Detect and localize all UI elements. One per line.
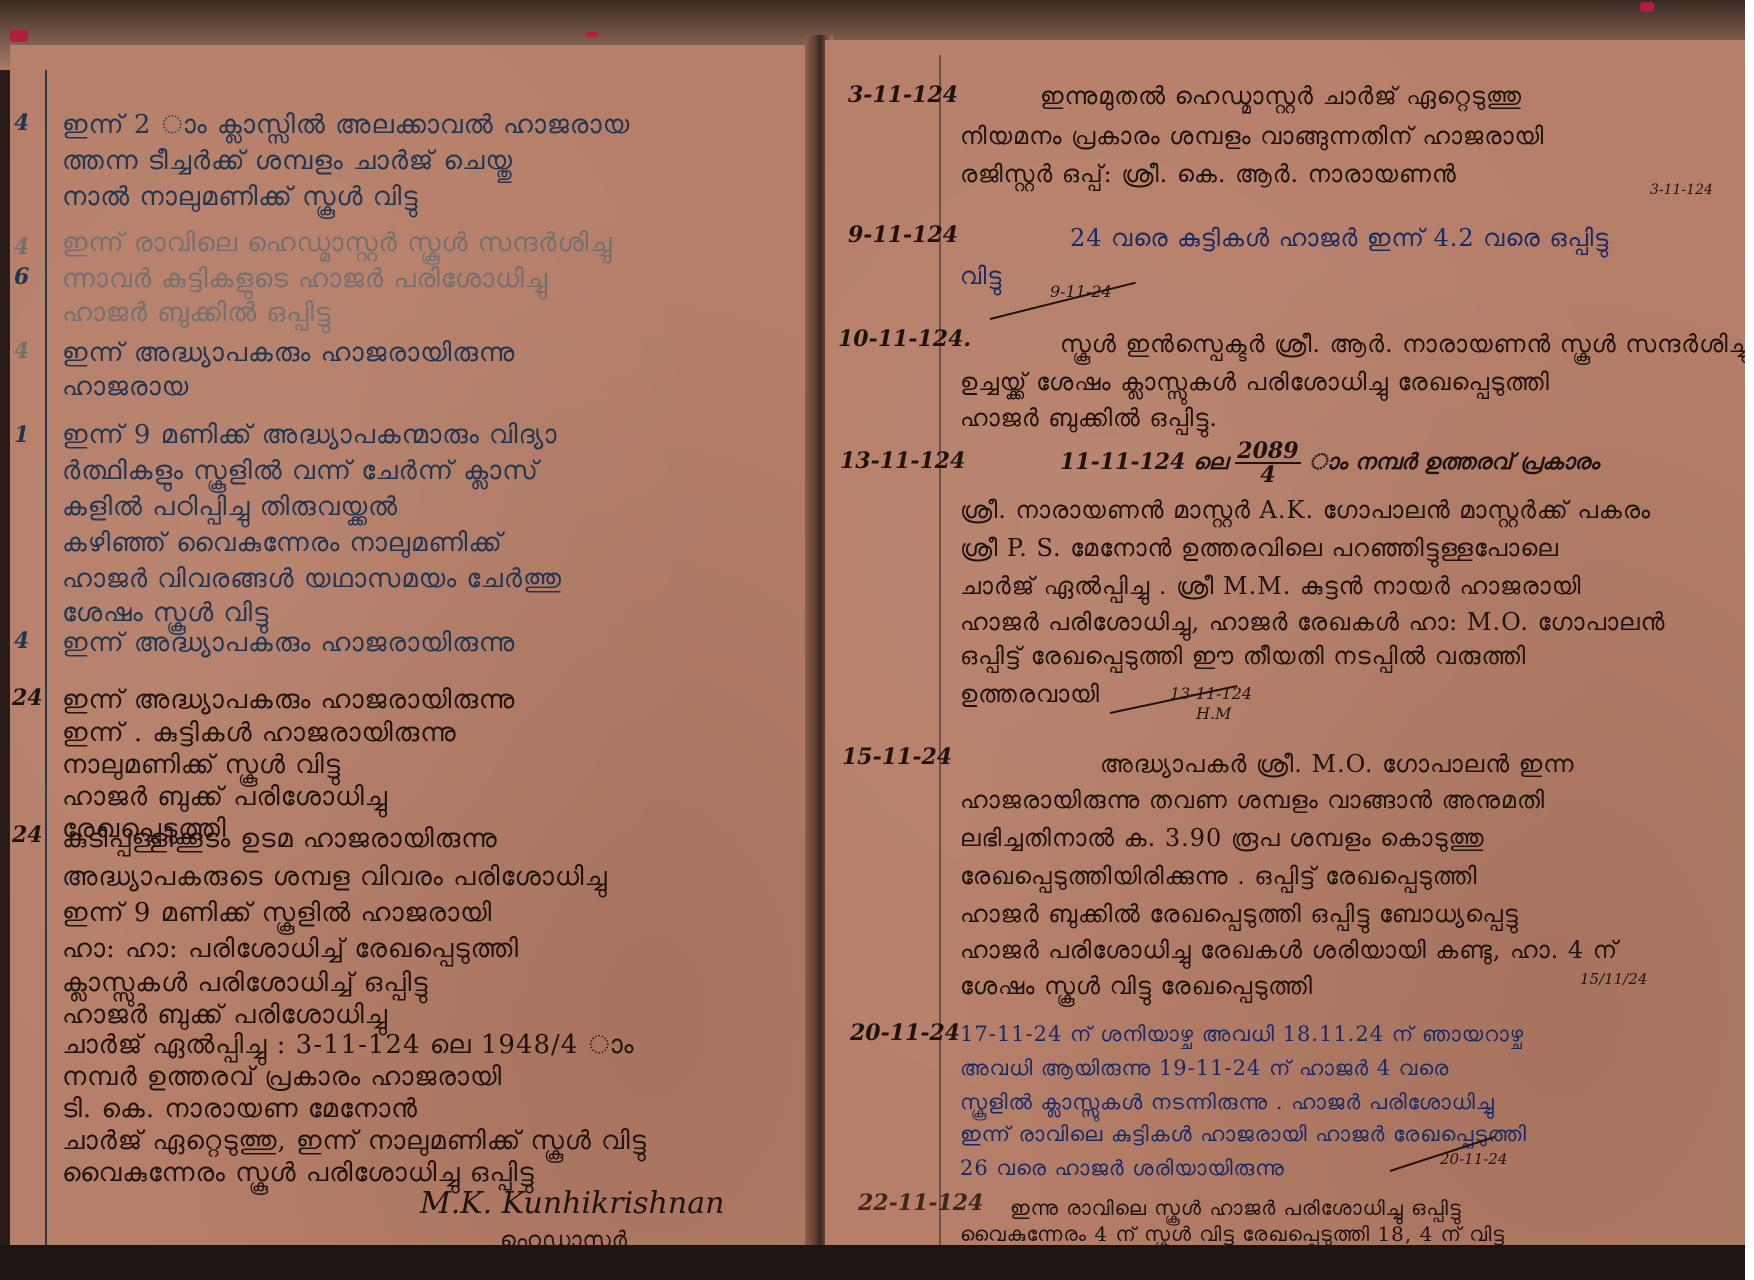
margin-number: 4 — [14, 338, 29, 364]
margin-number: 4 — [14, 110, 29, 136]
entry-text-line: ശ്രീ. നാരായണൻ മാസ്റ്റർ A.K. ഗോപാലൻ മാസ്റ… — [960, 496, 1651, 524]
entry-initials: 15/11/24 — [1580, 970, 1647, 988]
entry-text-line: ഇന്നു രാവിലെ സ്കൂൾ ഹാജർ പരിശോധിച്ചു ഒപ്പ… — [1010, 1196, 1462, 1220]
red-stain — [10, 30, 28, 42]
entry-text-line: 17-11-24 ന് ശനിയാഴ്ച അവധി 18.11.24 ന് ഞാ… — [960, 1022, 1524, 1047]
left-text-line: നമ്പർ ഉത്തരവ് പ്രകാരം ഹാജരായി — [62, 1062, 502, 1093]
order-numerator: 2089 — [1235, 440, 1300, 464]
entry-text-line: ലഭിച്ചതിനാൽ ക. 3.90 രൂപ ശമ്പളം കൊടുത്തു — [960, 824, 1485, 852]
left-margin-line — [45, 70, 47, 1250]
entry-text-line: വൈകുന്നേരം 4 ന് സ്കൂൾ വിട്ടു രേഖപ്പെടുത്… — [960, 1222, 1505, 1246]
margin-number: 4 — [14, 234, 29, 260]
book-scan: 4 4 6 4 1 4 24 24 ഇന്ന് 2 ാം ക്ലാസ്സിൽ അ… — [0, 0, 1745, 1280]
entry-text-line: രേഖപ്പെടുത്തിയിരിക്കുന്നു . ഒപ്പിട്ട് രേ… — [960, 862, 1477, 890]
entry-text-line: അവധി ആയിരുന്നു 19-11-24 ന് ഹാജർ 4 വരെ — [960, 1056, 1449, 1081]
left-text-line: ന്നാവർ കുട്ടികളുടെ ഹാജർ പരിശോധിച്ചു — [62, 264, 548, 295]
entry-text-line: ഹാജർ പരിശോധിച്ചു രേഖകൾ ശരിയായി കണ്ടു, ഹാ… — [960, 936, 1618, 964]
left-text-line: ർത്ഥികളും സ്കൂളിൽ വന്ന് ചേർന്ന് ക്ലാസ് — [62, 456, 539, 487]
entry-text-line: ഇന്ന് രാവിലെ കുട്ടികൾ ഹാജരായി ഹാജർ രേഖപ്… — [960, 1122, 1527, 1147]
left-text-line: ഇന്ന് 2 ാം ക്ലാസ്സിൽ അലക്കാവൽ ഹാജരായ — [62, 110, 630, 141]
margin-number: 6 — [14, 264, 29, 290]
signature: M.K. Kunhikrishnan — [420, 1186, 724, 1221]
entry-initials: 13-11-124 — [1170, 684, 1252, 703]
left-text-line: ഹാ: ഹാ: പരിശോധിച്ച് രേഖപ്പെടുത്തി — [62, 934, 519, 965]
red-stain — [1640, 2, 1654, 12]
entry-text-line: ഉച്ചയ്ക്ക് ശേഷം ക്ലാസ്സുകൾ പരിശോധിച്ചു ര… — [960, 368, 1550, 396]
left-text-line: ശേഷം സ്കൂൾ വിട്ടു — [62, 598, 269, 629]
left-text-line: ഹാജർ വിവരങ്ങൾ യഥാസമയം ചേർത്തു — [62, 564, 562, 595]
entry-date: 22-11-124 — [858, 1190, 983, 1216]
entry-text-line: ഹാജർ ബുക്കിൽ രേഖപ്പെടുത്തി ഒപ്പിട്ടു ബോധ… — [960, 900, 1519, 928]
order-reference: 11-11-124 ലെ 2089 4 ാം നമ്പർ ഉത്തരവ് പ്ര… — [1060, 440, 1599, 486]
entry-date: 3-11-124 — [848, 82, 958, 108]
left-text-line: ചാർജ് ഏൽപ്പിച്ചു : 3-11-124 ലെ 1948/4 ാം — [62, 1030, 635, 1061]
entry-text-line: ഹാജർ ബുക്കിൽ ഒപ്പിട്ടു. — [960, 404, 1218, 432]
entry-text-line: ഹാജർ പരിശോധിച്ചു, ഹാജർ രേഖകൾ ഹാ: M.O. ഗോ… — [960, 608, 1665, 636]
entry-date: 9-11-124 — [848, 222, 958, 248]
entry-date: 13-11-124 — [840, 448, 965, 474]
entry-text-line: രജിസ്റ്റർ ഒപ്പ്: ശ്രീ. കെ. ആർ. നാരായണൻ — [960, 160, 1457, 188]
left-text-line: വൈകുന്നേരം സ്കൂൾ പരിശോധിച്ചു ഒപ്പിട്ടു — [62, 1158, 535, 1189]
left-text-line: ഇന്ന് 9 മണിക്ക് അദ്ധ്യാപകന്മാരും വിദ്യാ — [62, 420, 557, 451]
left-text-line: ഇന്ന് . കുട്ടികൾ ഹാജരായിരുന്നു — [62, 718, 457, 749]
red-stain — [586, 32, 598, 37]
entry-text-line: അദ്ധ്യാപകർ ശ്രീ. M.O. ഗോപാലൻ ഇന്ന — [1100, 750, 1575, 778]
left-text-line: ഇന്ന് അദ്ധ്യാപകരും ഹാജരായിരുന്നു — [62, 685, 515, 716]
left-text-line: നാൽ നാലുമണിക്ക് സ്കൂൾ വിട്ടു — [62, 182, 419, 213]
entry-date: 20-11-24 — [850, 1020, 960, 1046]
left-text-line: നാലുമണിക്ക് സ്കൂൾ വിട്ടു — [62, 750, 341, 781]
margin-number: 4 — [14, 628, 29, 654]
entry-text-line: ശേഷം സ്കൂൾ വിട്ടു രേഖപ്പെടുത്തി — [960, 972, 1313, 1000]
left-text-line: ഹാജർ ബുക്കിൽ ഒപ്പിട്ടു — [62, 298, 331, 329]
order-reference-prefix: 11-11-124 ലെ — [1060, 449, 1228, 475]
order-number-fraction: 2089 4 — [1235, 440, 1300, 486]
margin-number: 1 — [14, 422, 29, 448]
entry-text-line: ചാർജ് ഏൽപ്പിച്ചു . ശ്രീ M.M. കുട്ടൻ നായർ… — [960, 572, 1581, 600]
entry-text-line: ഇന്നുമുതൽ ഹെഡ്മാസ്റ്റർ ചാർജ് ഏറ്റെടുത്തു — [1040, 82, 1522, 110]
left-text-line: ടി. കെ. നാരായണ മേനോൻ — [62, 1094, 418, 1125]
left-text-line: ഹാജർ ബുക്ക് പരിശോധിച്ചു — [62, 1000, 388, 1031]
entry-date: 10-11-124. — [838, 326, 971, 352]
entry-text-line: ശ്രീ P. S. മേനോൻ ഉത്തരവിലെ പറഞ്ഞിട്ടുള്ള… — [960, 534, 1559, 562]
left-text-line: കുടിപ്പള്ളിക്കൂടം ഉടമ ഹാജരായിരുന്നു — [62, 824, 498, 855]
left-text-line: കഴിഞ്ഞ് വൈകുന്നേരം നാലുമണിക്ക് — [62, 528, 503, 559]
entry-date: 15-11-24 — [842, 744, 952, 770]
left-text-line: ഇന്ന് അദ്ധ്യാപകരും ഹാജരായിരുന്നു — [62, 628, 515, 659]
entry-text-line: ഹാജരായിരുന്നു തവണ ശമ്പളം വാങ്ങാൻ അനുമതി — [960, 786, 1545, 814]
left-text-line: കളിൽ പഠിപ്പിച്ചു തിരുവയ്ക്കൽ — [62, 492, 398, 523]
entry-initials: 9-11-24 — [1050, 282, 1112, 301]
book-bottom-edge — [0, 1245, 1745, 1280]
left-text-line: ഹാജർ ബുക്ക് പരിശോധിച്ചു — [62, 782, 388, 813]
entry-text-line: സ്കൂൾ ഇൻസ്പെക്ടർ ശ്രീ. ആർ. നാരായണൻ സ്കൂൾ… — [1060, 330, 1745, 358]
entry-text-line: ഒപ്പിട്ട് രേഖപ്പെടുത്തി ഈ തീയതി നടപ്പിൽ … — [960, 642, 1526, 670]
entry-text-line: 24 വരെ കുട്ടികൾ ഹാജർ ഇന്ന് 4.2 വരെ ഒപ്പി… — [1070, 224, 1609, 252]
left-text-line: ഇന്ന് 9 മണിക്ക് സ്കൂളിൽ ഹാജരായി — [62, 898, 492, 929]
margin-number: 24 — [12, 685, 43, 711]
entry-text-line: നിയമനം പ്രകാരം ശമ്പളം വാങ്ങുന്നതിന് ഹാജര… — [960, 122, 1544, 150]
left-text-line: അദ്ധ്യാപകരുടെ ശമ്പള വിവരം പരിശോധിച്ചു — [62, 862, 608, 893]
left-text-line: ത്തന്ന ടീച്ചർക്ക് ശമ്പളം ചാർജ് ചെയ്തു — [62, 146, 513, 177]
entry-text-line: വിട്ടു — [960, 262, 1002, 290]
left-text-line: ഇന്ന് രാവിലെ ഹെഡ്മാസ്റ്റർ സ്കൂൾ സന്ദർശിച… — [62, 228, 613, 259]
entry-initials: 20-11-24 — [1440, 1150, 1507, 1168]
entry-text-line: ഉത്തരവായി — [960, 680, 1100, 708]
order-reference-suffix: ാം നമ്പർ ഉത്തരവ് പ്രകാരം — [1347, 449, 1599, 475]
left-text-line: ഹാജരായ — [62, 372, 189, 403]
entry-text-line: 26 വരെ ഹാജർ ശരിയായിരുന്നു — [960, 1156, 1285, 1181]
left-text-line: ചാർജ് ഏറ്റെടുത്തു, ഇന്ന് നാലുമണിക്ക് സ്ക… — [62, 1126, 647, 1157]
entry-initials: 3-11-124 — [1650, 182, 1713, 198]
left-text-line: ക്ലാസ്സുകൾ പരിശോധിച്ച് ഒപ്പിട്ടു — [62, 968, 428, 999]
entry-initials-sub: H.M — [1196, 704, 1231, 723]
entry-text-line: സ്കൂളിൽ ക്ലാസ്സുകൾ നടന്നിരുന്നു . ഹാജർ പ… — [960, 1090, 1495, 1115]
order-denominator: 4 — [1235, 464, 1300, 486]
margin-number: 24 — [12, 822, 43, 848]
left-text-line: ഇന്ന് അദ്ധ്യാപകരും ഹാജരായിരുന്നു — [62, 338, 515, 369]
